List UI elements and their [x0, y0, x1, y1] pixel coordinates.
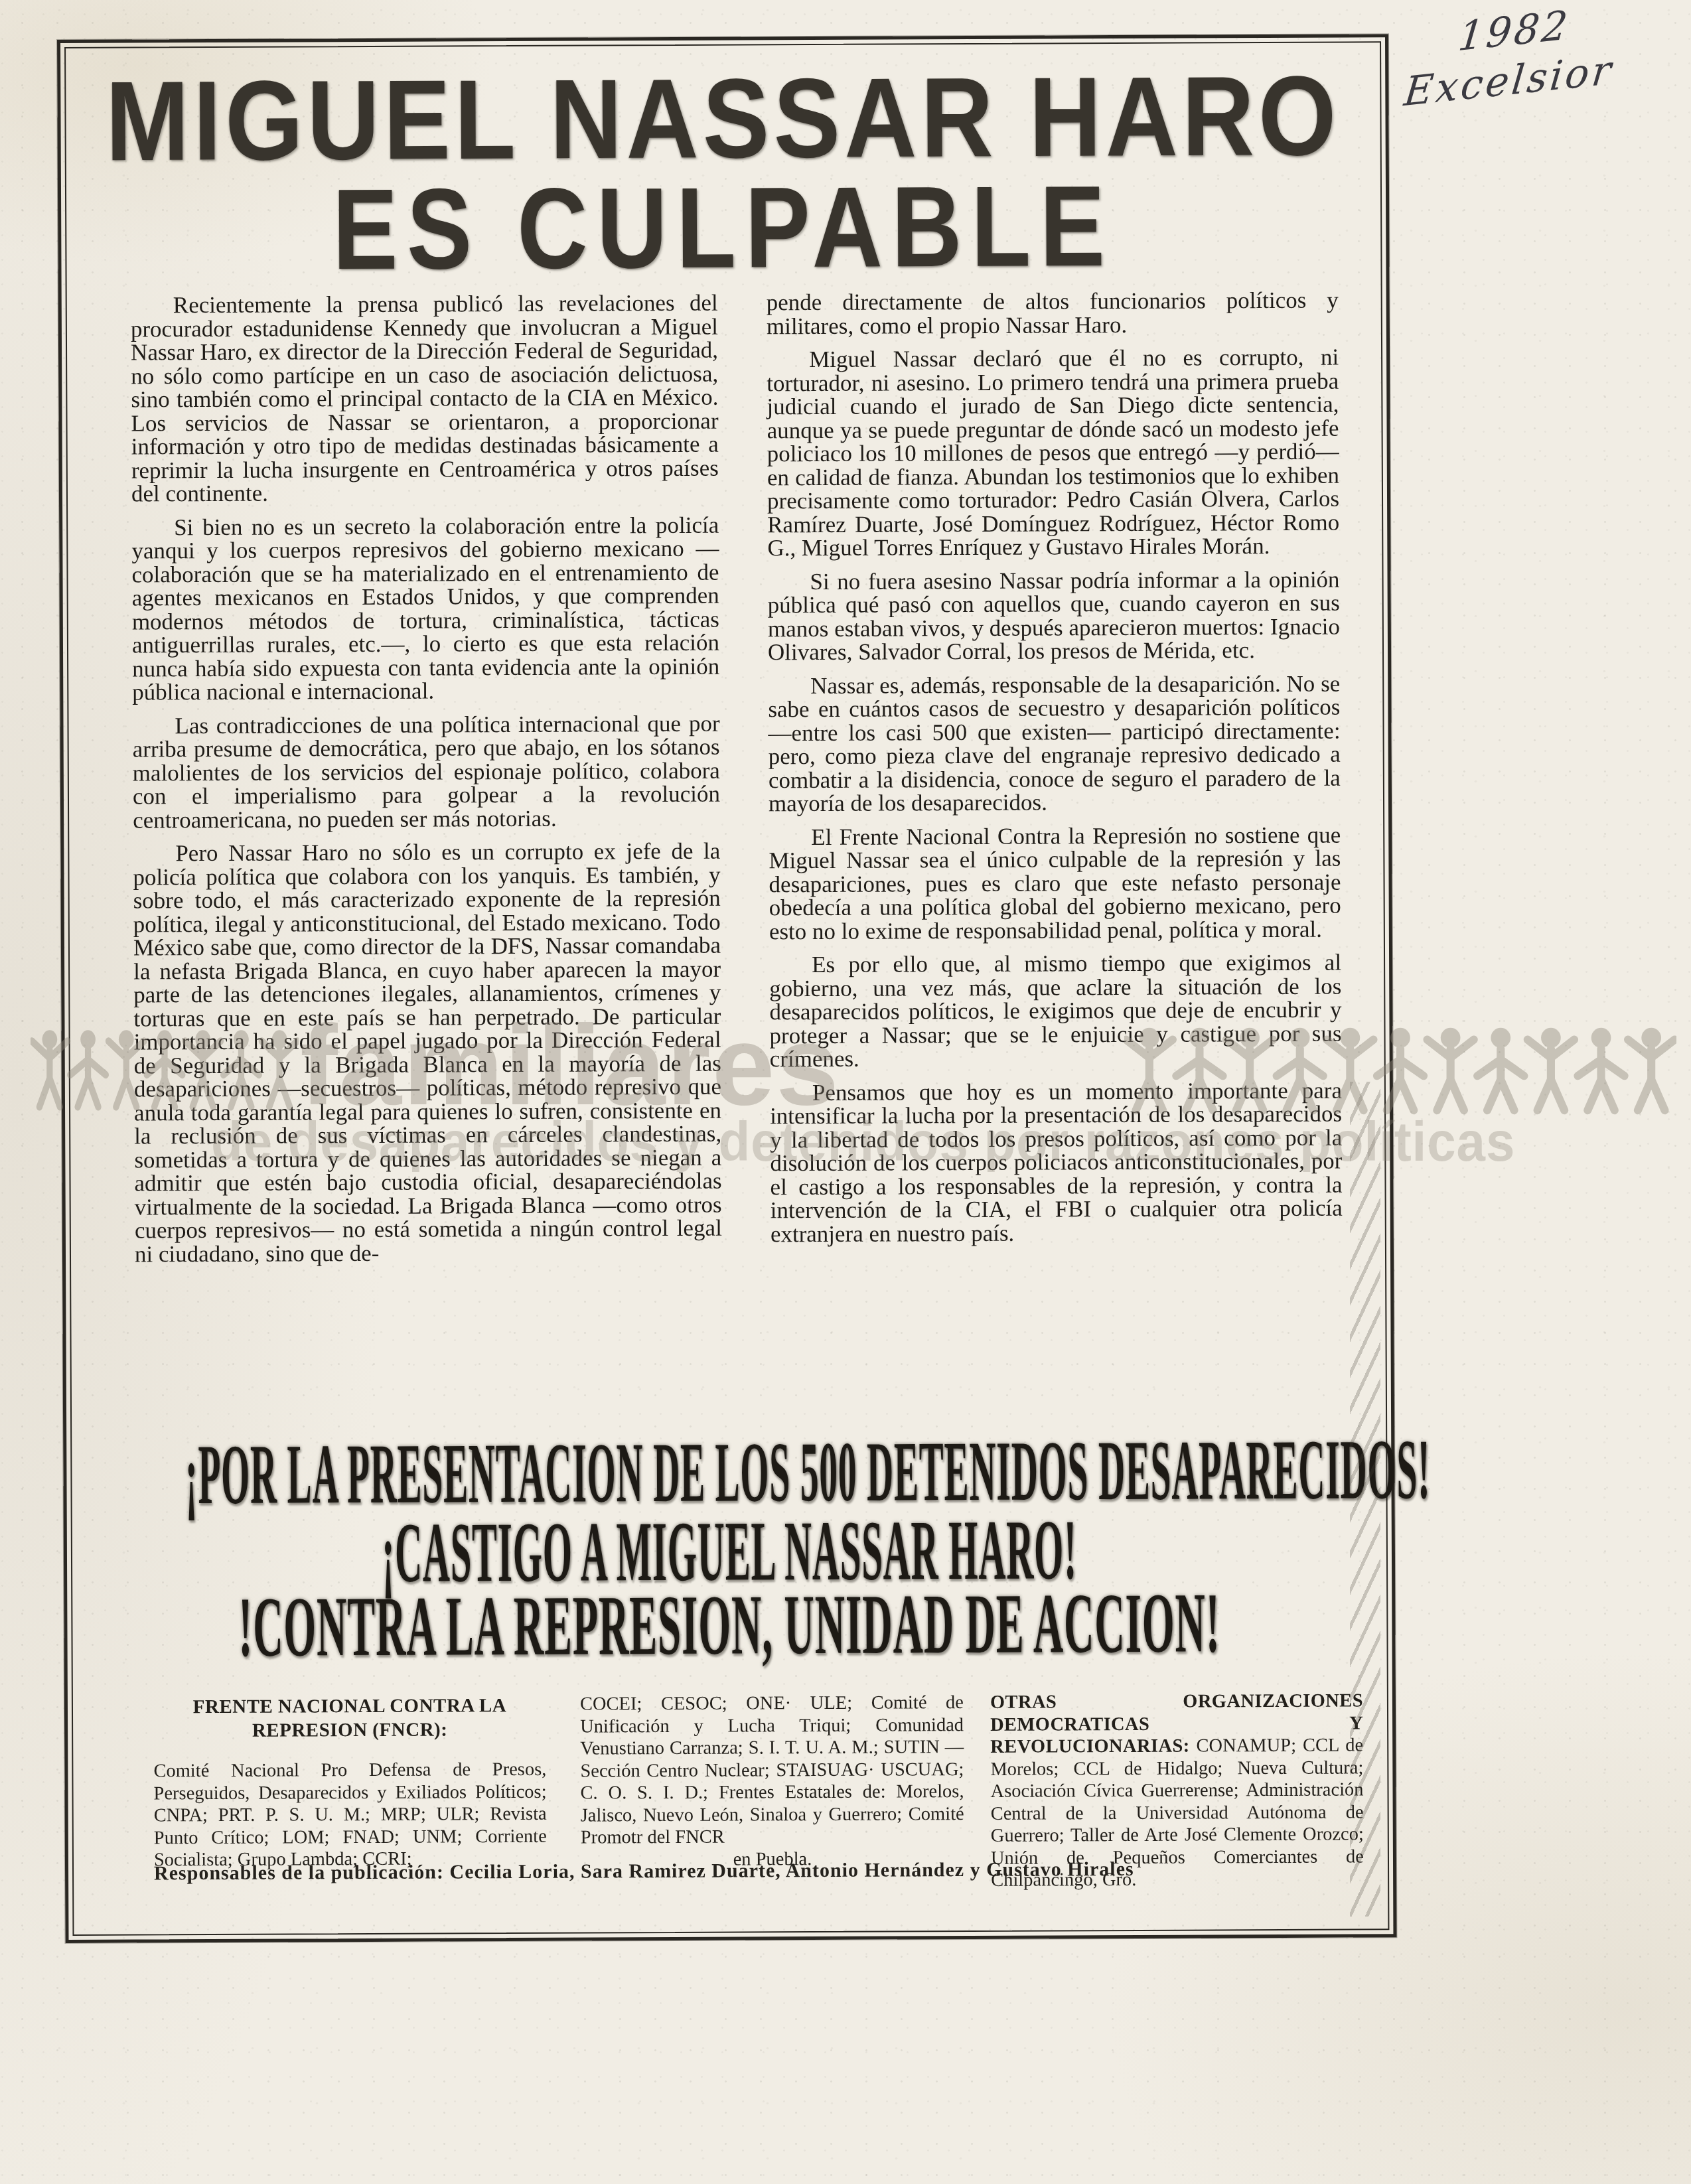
footer-column-middle-body: COCEI; CESOC; ONE· ULE; Comité de Unific… — [580, 1692, 964, 1849]
slogan-line-2: ¡CASTIGO A MIGUEL NASSAR HARO! — [67, 1524, 1392, 1581]
handwritten-annotation: 1982 Excelsior — [1402, 0, 1621, 117]
slogan-line-1: ¡POR LA PRESENTACION DE LOS 500 DETENIDO… — [66, 1445, 1391, 1502]
headline-text-2: ES CULPABLE — [332, 160, 1114, 295]
scan-artifact-dash-band — [1350, 1082, 1380, 1917]
handwritten-source: Excelsior — [1402, 45, 1616, 117]
headline-line-2: ES CULPABLE — [61, 167, 1386, 288]
article-column-left: Recientemente la prensa publicó las reve… — [131, 291, 722, 1276]
article-paragraph: Pero Nassar Haro no sólo es un corrupto … — [133, 839, 722, 1266]
article-paragraph: pende directamente de altos funcionarios… — [767, 289, 1339, 338]
flyer-border-frame: MIGUEL NASSAR HARO ES CULPABLE Recientem… — [57, 34, 1396, 1943]
footer-column-fncr: FRENTE NACIONAL CONTRA LA REPRESION (FNC… — [153, 1694, 547, 1871]
article-paragraph: Miguel Nassar declaró que él no es corru… — [767, 346, 1339, 560]
footer-column-fncr-heading: FRENTE NACIONAL CONTRA LA REPRESION (FNC… — [165, 1694, 534, 1743]
article-paragraph: Recientemente la prensa publicó las reve… — [131, 291, 719, 506]
article-paragraph: Pensamos que hoy es un momento important… — [770, 1078, 1343, 1246]
article-paragraph: Las contradicciones de una política inte… — [132, 711, 720, 832]
article-column-right: pende directamente de altos funcionarios… — [767, 289, 1343, 1256]
footer-column-fncr-body: Comité Nacional Pro Defensa de Presos, P… — [153, 1759, 547, 1871]
article-paragraph: Si no fuera asesino Nassar podría inform… — [767, 567, 1340, 664]
headline-line-1: MIGUEL NASSAR HARO — [60, 60, 1386, 179]
article-paragraph: Si bien no es un secreto la colaboración… — [131, 513, 719, 704]
article-paragraph: Nassar es, además, responsable de la des… — [768, 672, 1341, 816]
footer-column-orgs-middle: COCEI; CESOC; ONE· ULE; Comité de Unific… — [580, 1692, 964, 1871]
article-paragraph: El Frente Nacional Contra la Represión n… — [769, 823, 1341, 943]
article-paragraph: Es por ello que, al mismo tiempo que exi… — [769, 951, 1342, 1071]
scanned-flyer-page: MIGUEL NASSAR HARO ES CULPABLE Recientem… — [0, 0, 1691, 2184]
slogan-line-3: !CONTRA LA REPRESION, UNIDAD DE ACCION! — [67, 1598, 1392, 1654]
